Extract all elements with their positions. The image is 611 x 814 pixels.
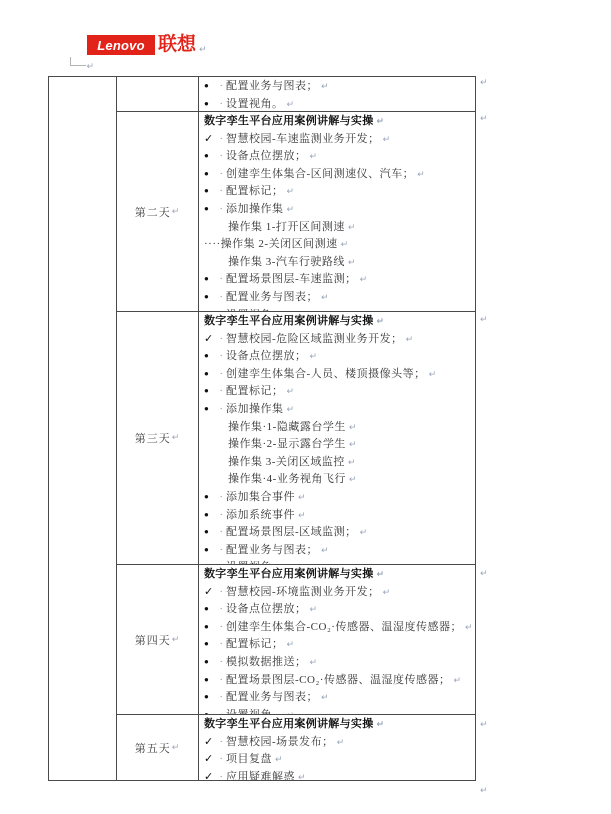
content-line: ●·创建孪生体集合-区间测速仪、汽车；↵	[204, 166, 473, 184]
line-text: 设备点位摆放；	[226, 150, 307, 162]
day-cell: 第二天 ↵	[117, 112, 199, 311]
content-line: ····操作集 2-关闭区间测速↵	[204, 236, 473, 254]
line-text: 智慧校园-环境监测业务开发；	[226, 586, 380, 598]
row-end-mark-icon: ↵	[480, 720, 488, 730]
dot-bullet-icon: ●	[204, 542, 217, 559]
table-merged-left-cell	[49, 77, 117, 780]
table-row: 第五天 ↵ 数字孪生平台应用案例讲解与实操↵✓·智慧校园-场景发布；↵✓·项目复…	[117, 714, 475, 780]
content-line: ●·配置标记；↵	[204, 383, 473, 401]
paragraph-mark-icon: ↵	[310, 352, 318, 362]
content-cell: 数字孪生平台应用案例讲解与实操↵✓·智慧校园-环境监测业务开发；↵●·设备点位摆…	[199, 565, 475, 714]
paragraph-mark-icon: ↵	[298, 493, 306, 503]
paragraph-mark-icon: ↵	[310, 152, 318, 162]
space-dot-mark-icon: ·	[217, 289, 226, 306]
row-end-mark-icon: ↵	[480, 569, 488, 579]
row-end-mark-icon: ↵	[480, 78, 488, 88]
content-line: ✓·智慧校园-车速监测业务开发；↵	[204, 131, 473, 149]
check-bullet-icon: ✓	[204, 751, 217, 768]
line-text: 数字孪生平台应用案例讲解与实操	[204, 568, 374, 580]
paragraph-mark-icon: ↵	[321, 293, 329, 303]
paragraph-mark-icon: ↵	[172, 635, 181, 645]
line-text: 配置场景图层-区域监测；	[226, 526, 357, 538]
dot-bullet-icon: ●	[204, 524, 217, 541]
paragraph-mark-icon: ↵	[275, 755, 283, 765]
paragraph-mark-icon: ↵	[298, 773, 306, 780]
paragraph-mark-icon: ↵	[348, 223, 356, 233]
line-text: 数字孪生平台应用案例讲解与实操	[204, 315, 374, 327]
paragraph-mark-icon: ↵	[341, 240, 349, 250]
row-end-mark-icon: ↵	[480, 114, 488, 124]
day-cell: 第三天 ↵	[117, 312, 199, 564]
check-bullet-icon: ✓	[204, 131, 217, 148]
paragraph-mark-icon: ↵	[287, 205, 295, 215]
dot-bullet-icon: ●	[204, 401, 217, 418]
table-row: 第二天 ↵ 数字孪生平台应用案例讲解与实操↵✓·智慧校园-车速监测业务开发；↵●…	[117, 111, 475, 311]
dot-bullet-icon: ●	[204, 619, 217, 636]
content-line: ●·添加操作集↵	[204, 401, 473, 419]
dot-bullet-icon: ●	[204, 507, 217, 524]
content-line: ●·创建孪生体集合-CO₂·传感器、温湿度传感器；↵	[204, 619, 473, 637]
line-text: 添加操作集	[226, 403, 284, 415]
dot-bullet-icon: ●	[204, 654, 217, 671]
content-cell: 数字孪生平台应用案例讲解与实操↵✓·智慧校园-危险区域监测业务开发；↵●·设备点…	[199, 312, 475, 564]
paragraph-mark-icon: ↵	[377, 720, 385, 730]
line-text: 创建孪生体集合-区间测速仪、汽车；	[226, 168, 414, 180]
content-line: ✓·项目复盘↵	[204, 751, 473, 769]
space-dot-mark-icon: ·	[217, 271, 226, 288]
paragraph-mark-icon: ↵	[348, 458, 356, 468]
space-dot-mark-icon: ·	[217, 166, 226, 183]
space-dot-mark-icon: ·	[217, 78, 226, 95]
line-text: 添加操作集	[226, 203, 284, 215]
content-line: ●·设备点位摆放；↵	[204, 601, 473, 619]
content-line: 操作集·1-隐藏露台学生↵	[204, 419, 473, 437]
line-text: 创建孪生体集合-人员、楼顶摄像头等；	[226, 368, 426, 380]
paragraph-mark-icon: ↵	[348, 258, 356, 268]
check-bullet-icon: ✓	[204, 584, 217, 601]
dot-bullet-icon: ●	[204, 78, 217, 95]
space-dot-mark-icon: ·	[217, 769, 226, 780]
line-text: 数字孪生平台应用案例讲解与实操	[204, 718, 374, 730]
paragraph-mark-icon: ↵	[321, 82, 329, 92]
content-line: 操作集·4-业务视角飞行↵	[204, 471, 473, 489]
content-line: ✓·智慧校园-危险区域监测业务开发；↵	[204, 331, 473, 349]
space-dot-mark-icon: ·	[217, 654, 226, 671]
content-line: ●·配置业务与图表；↵	[204, 542, 473, 560]
paragraph-mark-icon: ↵	[406, 335, 414, 345]
dot-bullet-icon: ●	[204, 601, 217, 618]
lenovo-cjk-wordmark: 联想	[158, 35, 196, 55]
line-text: 配置场景图层-车速监测；	[226, 273, 357, 285]
paragraph-mark-icon: ↵	[453, 676, 461, 686]
line-text: 配置业务与图表；	[226, 544, 318, 556]
content-line: ●·配置业务与图表；↵	[204, 289, 473, 307]
line-text: 配置场景图层-CO₂·传感器、温湿度传感器；	[226, 674, 450, 686]
dot-bullet-icon: ●	[204, 672, 217, 689]
section-header-line: 数字孪生平台应用案例讲解与实操↵	[204, 113, 473, 131]
space-dot-mark-icon: ·	[217, 619, 226, 636]
line-text: 智慧校园-车速监测业务开发；	[226, 133, 380, 145]
paragraph-mark-icon: ↵	[429, 370, 437, 380]
space-dot-mark-icon: ·	[217, 734, 226, 751]
check-bullet-icon: ✓	[204, 331, 217, 348]
space-dot-mark-icon: ·	[217, 331, 226, 348]
space-dot-mark-icon: ·	[217, 636, 226, 653]
space-dot-mark-icon: ·	[217, 401, 226, 418]
line-text: 配置业务与图表；	[226, 291, 318, 303]
table-row: 第四天 ↵ 数字孪生平台应用案例讲解与实操↵✓·智慧校园-环境监测业务开发；↵●…	[117, 564, 475, 714]
day-label: 第四天	[135, 632, 171, 648]
paragraph-mark-icon: ↵	[377, 570, 385, 580]
dot-bullet-icon: ●	[204, 366, 217, 383]
dot-bullet-icon: ●	[204, 707, 217, 714]
line-text: 智慧校园-危险区域监测业务开发；	[226, 333, 403, 345]
paragraph-mark-icon: ↵	[360, 528, 368, 538]
day-cell: 第四天 ↵	[117, 565, 199, 714]
row-end-mark-icon: ↵	[480, 786, 488, 796]
table-row: 第三天 ↵ 数字孪生平台应用案例讲解与实操↵✓·智慧校园-危险区域监测业务开发；…	[117, 311, 475, 564]
paragraph-mark-icon: ↵	[417, 170, 425, 180]
space-dot-mark-icon: ·	[217, 183, 226, 200]
paragraph-mark-icon: ↵	[349, 423, 357, 433]
content-line: 操作集·2-显示露台学生↵	[204, 436, 473, 454]
paragraph-mark-icon: ↵	[287, 187, 295, 197]
content-line: ●·设置视角。↵	[204, 96, 473, 111]
line-text: 配置标记；	[226, 638, 284, 650]
content-line: 操作集 3-关闭区域监控↵	[204, 454, 473, 472]
line-text: 数字孪生平台应用案例讲解与实操	[204, 115, 374, 127]
dot-bullet-icon: ●	[204, 271, 217, 288]
line-text: 添加集合事件	[226, 491, 295, 503]
line-text: 操作集·1-隐藏露台学生	[228, 421, 346, 433]
dot-bullet-icon: ●	[204, 166, 217, 183]
content-line: ●·设置视角。↵	[204, 707, 473, 714]
line-text: 操作集 1-打开区间测速	[228, 221, 345, 233]
line-text: 配置业务与图表；	[226, 80, 318, 92]
paragraph-mark-icon: ↵	[337, 738, 345, 748]
paragraph-mark-icon: ↵	[360, 275, 368, 285]
paragraph-mark-icon: ↵	[298, 511, 306, 521]
space-dot-mark-icon: ·	[217, 689, 226, 706]
content-line: ●·配置标记；↵	[204, 183, 473, 201]
line-text: 配置标记；	[226, 385, 284, 397]
content-line: ✓·应用疑难解惑↵	[204, 769, 473, 780]
line-text: 操作集·2-显示露台学生	[228, 438, 346, 450]
line-text: 创建孪生体集合-CO₂·传感器、温湿度传感器；	[226, 621, 462, 633]
paragraph-mark-icon: ↵	[287, 100, 295, 110]
line-text: 配置标记；	[226, 185, 284, 197]
table-rows: ●·配置业务与图表；↵●·设置视角。↵ 第二天 ↵ 数字孪生平台应用案例讲解与实…	[117, 77, 475, 780]
content-cell: 数字孪生平台应用案例讲解与实操↵✓·智慧校园-车速监测业务开发；↵●·设备点位摆…	[199, 112, 475, 311]
space-dot-mark-icon: ·	[217, 348, 226, 365]
content-line: ●·添加集合事件↵	[204, 489, 473, 507]
line-text: 应用疑难解惑	[226, 771, 295, 780]
paragraph-mark-icon: ↵	[310, 658, 318, 668]
space-dot-mark-icon: ·	[217, 707, 226, 714]
day-label: 第二天	[135, 204, 171, 220]
paragraph-mark-icon: ↵	[172, 433, 181, 443]
line-text: 项目复盘	[226, 753, 272, 765]
paragraph-mark-icon: ↵	[349, 440, 357, 450]
content-line: ●·设备点位摆放；↵	[204, 348, 473, 366]
content-line: ●·设备点位摆放；↵	[204, 148, 473, 166]
paragraph-mark-icon: ↵	[321, 693, 329, 703]
line-text: 操作集 3-关闭区域监控	[228, 456, 345, 468]
dot-bullet-icon: ●	[204, 689, 217, 706]
space-dot-mark-icon: ·	[217, 131, 226, 148]
space-dot-mark-icon: ·	[217, 366, 226, 383]
paragraph-mark-icon: ↵	[349, 475, 357, 485]
paragraph-mark-icon: ↵	[310, 605, 318, 615]
content-line: ✓·智慧校园-环境监测业务开发；↵	[204, 584, 473, 602]
space-dot-mark-icon: ·	[217, 96, 226, 111]
space-dot-mark-icon: ·	[217, 148, 226, 165]
dot-bullet-icon: ●	[204, 289, 217, 306]
paragraph-mark-icon: ↵	[383, 588, 391, 598]
day-label: 第五天	[135, 740, 171, 756]
content-line: ●·配置场景图层-CO₂·传感器、温湿度传感器；↵	[204, 672, 473, 690]
space-dot-mark-icon: ·	[217, 672, 226, 689]
content-line: ●·配置业务与图表；↵	[204, 689, 473, 707]
line-text: 智慧校园-场景发布；	[226, 736, 334, 748]
space-dot-mark-icon: ·	[217, 524, 226, 541]
space-dot-mark-icon: ·	[217, 542, 226, 559]
paragraph-mark-icon: ↵	[287, 405, 295, 415]
content-line: ●·配置场景图层-车速监测；↵	[204, 271, 473, 289]
content-line: ●·配置业务与图表；↵	[204, 78, 473, 96]
dot-bullet-icon: ●	[204, 201, 217, 218]
row-end-mark-icon: ↵	[480, 315, 488, 325]
section-header-line: 数字孪生平台应用案例讲解与实操↵	[204, 716, 473, 734]
content-line: ●·模拟数据推送；↵	[204, 654, 473, 672]
table-row: ●·配置业务与图表；↵●·设置视角。↵	[117, 77, 475, 111]
line-text: 添加系统事件	[226, 509, 295, 521]
dot-bullet-icon: ●	[204, 348, 217, 365]
content-line: ●·配置场景图层-区域监测；↵	[204, 524, 473, 542]
content-line: ●·添加系统事件↵	[204, 507, 473, 525]
logo: Lenovo 联想 ↵	[87, 35, 207, 55]
dot-bullet-icon: ●	[204, 383, 217, 400]
paragraph-mark-icon: ↵	[172, 207, 181, 217]
check-bullet-icon: ✓	[204, 734, 217, 751]
space-dot-mark-icon: ·	[217, 489, 226, 506]
line-text: 模拟数据推送；	[226, 656, 307, 668]
line-text: 设备点位摆放；	[226, 350, 307, 362]
space-dot-mark-icon: ·	[217, 584, 226, 601]
text-boundary-corner-mark: ↵	[70, 57, 86, 66]
paragraph-mark-icon: ↵	[377, 317, 385, 327]
day-label: 第三天	[135, 430, 171, 446]
document-page: { "logo": { "brand": "Lenovo", "cjk": "联…	[0, 0, 611, 814]
content-line: ●·添加操作集↵	[204, 201, 473, 219]
content-cell: ●·配置业务与图表；↵●·设置视角。↵	[199, 77, 475, 111]
paragraph-mark-icon: ↵	[172, 743, 181, 753]
paragraph-mark-icon: ↵	[321, 546, 329, 556]
day-cell	[117, 77, 199, 111]
space-dot-mark-icon: ·	[217, 751, 226, 768]
line-text: 操作集·4-业务视角飞行	[228, 473, 346, 485]
space-dot-mark-icon: ·	[217, 601, 226, 618]
dot-bullet-icon: ●	[204, 636, 217, 653]
paragraph-mark-icon: ↵	[465, 623, 473, 633]
line-text: 配置业务与图表；	[226, 691, 318, 703]
space-dot-mark-icon: ·	[217, 201, 226, 218]
check-bullet-icon: ✓	[204, 769, 217, 780]
line-text: 操作集 3-汽车行驶路线	[228, 256, 345, 268]
day-cell: 第五天 ↵	[117, 715, 199, 780]
lenovo-logo: Lenovo	[87, 35, 155, 55]
dot-bullet-icon: ●	[204, 183, 217, 200]
content-line: ✓·智慧校园-场景发布；↵	[204, 734, 473, 752]
paragraph-mark-icon: ↵	[86, 62, 94, 72]
space-dot-mark-icon: ·	[217, 383, 226, 400]
line-text: 设备点位摆放；	[226, 603, 307, 615]
lenovo-wordmark: Lenovo	[97, 38, 144, 53]
line-text: 设置视角。	[226, 98, 284, 110]
section-header-line: 数字孪生平台应用案例讲解与实操↵	[204, 566, 473, 584]
dot-bullet-icon: ●	[204, 489, 217, 506]
paragraph-mark-icon: ↵	[287, 387, 295, 397]
content-cell: 数字孪生平台应用案例讲解与实操↵✓·智慧校园-场景发布；↵✓·项目复盘↵✓·应用…	[199, 715, 475, 780]
paragraph-mark-icon: ↵	[383, 135, 391, 145]
paragraph-mark-icon: ↵	[377, 117, 385, 127]
content-line: ●·配置标记；↵	[204, 636, 473, 654]
line-text: ····操作集 2-关闭区间测速	[204, 238, 338, 250]
section-header-line: 数字孪生平台应用案例讲解与实操↵	[204, 313, 473, 331]
dot-bullet-icon: ●	[204, 148, 217, 165]
paragraph-mark-icon: ↵	[199, 45, 207, 55]
dot-bullet-icon: ●	[204, 96, 217, 111]
content-line: 操作集 3-汽车行驶路线↵	[204, 254, 473, 272]
space-dot-mark-icon: ·	[217, 507, 226, 524]
paragraph-mark-icon: ↵	[287, 640, 295, 650]
schedule-table: ●·配置业务与图表；↵●·设置视角。↵ 第二天 ↵ 数字孪生平台应用案例讲解与实…	[48, 76, 476, 781]
content-line: ●·创建孪生体集合-人员、楼顶摄像头等；↵	[204, 366, 473, 384]
content-line: 操作集 1-打开区间测速↵	[204, 219, 473, 237]
